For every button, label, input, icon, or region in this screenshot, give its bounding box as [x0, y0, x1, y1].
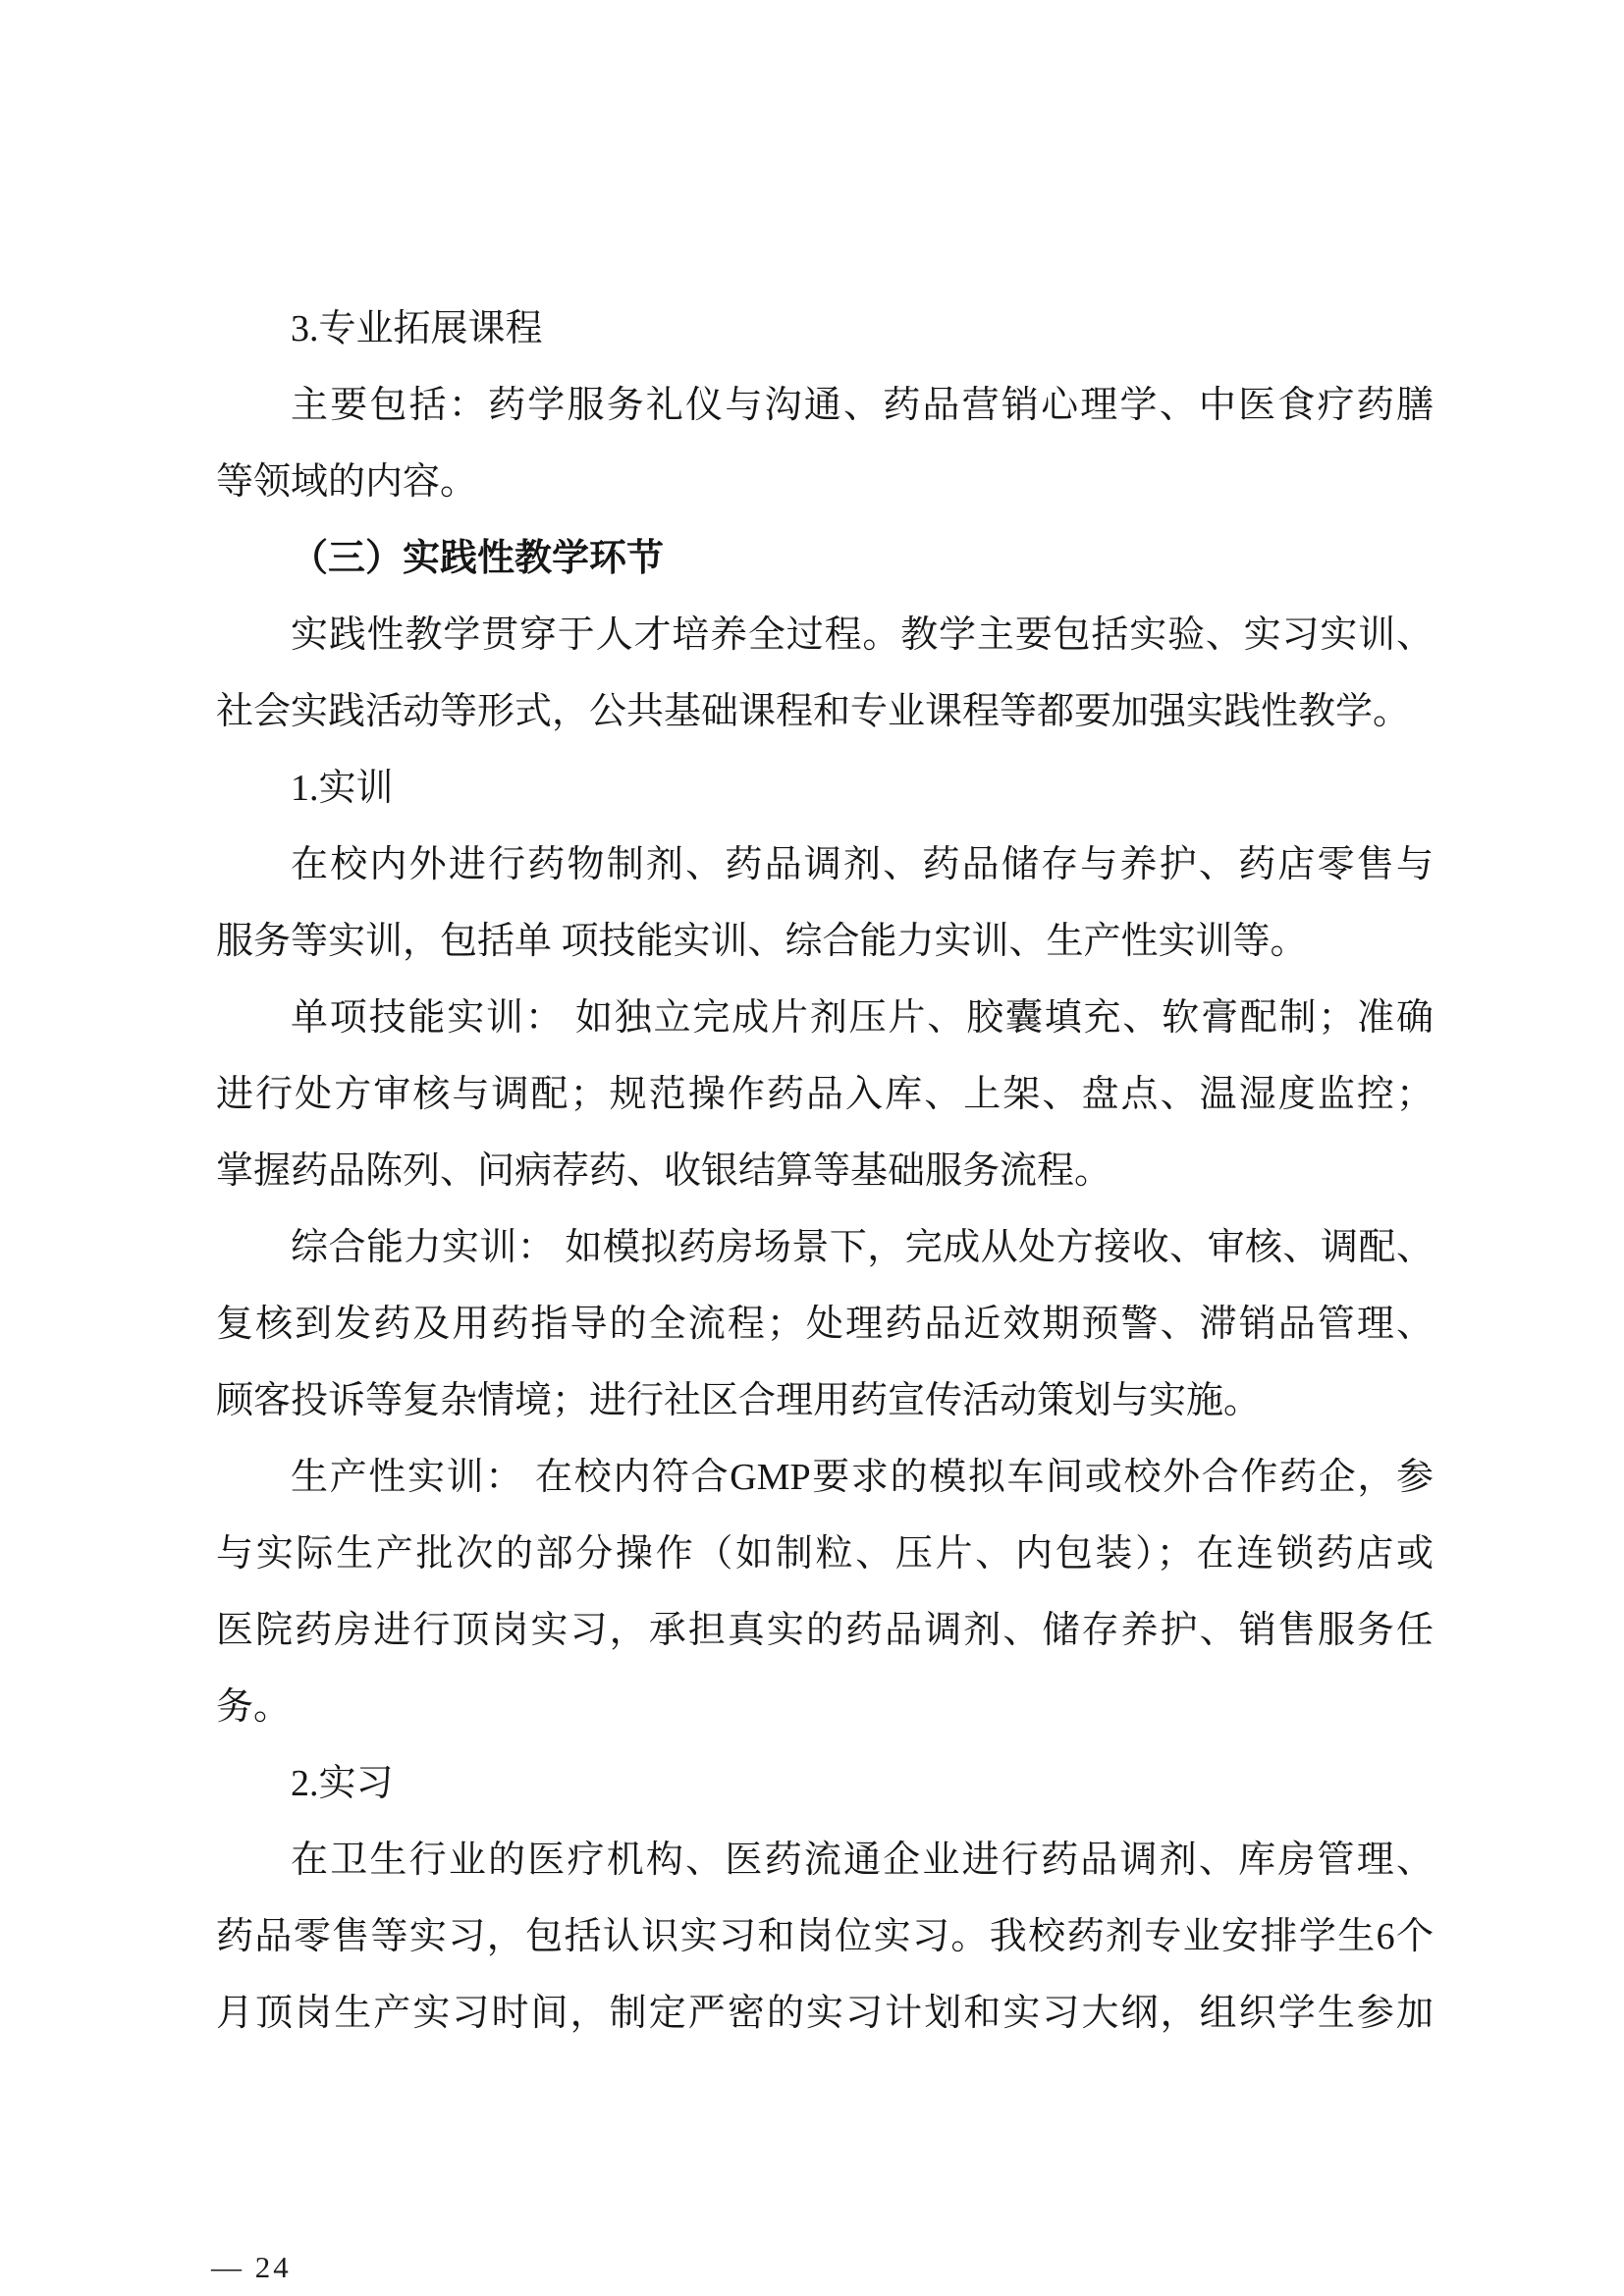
- document-page: 3.专业拓展课程 主要包括：药学服务礼仪与沟通、药品营销心理学、中医食疗药膳 等…: [0, 0, 1624, 2296]
- para-comprehensive-training-line-3: 顾客投诉等复杂情境；进行社区合理用药宣传活动策划与实施。: [216, 1362, 1434, 1439]
- para-internship-line-3: 月顶岗生产实习时间，制定严密的实习计划和实习大纲，组织学生参加: [216, 1975, 1434, 2052]
- para-internship-line-2: 药品零售等实习，包括认识实习和岗位实习。我校药剂专业安排学生6个: [216, 1898, 1434, 1975]
- page-number: — 24: [211, 2246, 292, 2289]
- subheading-2-internship: 2.实习: [216, 1745, 1434, 1822]
- para-training-overview-line-1: 在校内外进行药物制剂、药品调剂、药品储存与养护、药店零售与: [216, 827, 1434, 903]
- heading-practical-teaching-section: （三）实践性教学环节: [216, 520, 1434, 597]
- para-production-training-line-3: 医院药房进行顶岗实习，承担真实的药品调剂、储存养护、销售服务任: [216, 1592, 1434, 1669]
- para-training-overview-line-2: 服务等实训，包括单 项技能实训、综合能力实训、生产性实训等。: [216, 903, 1434, 980]
- para-comprehensive-training-line-1: 综合能力实训： 如模拟药房场景下，完成从处方接收、审核、调配、: [216, 1209, 1434, 1286]
- subheading-1-practical-training: 1.实训: [216, 750, 1434, 827]
- para-practical-teaching-line-1: 实践性教学贯穿于人才培养全过程。教学主要包括实验、实习实训、: [216, 597, 1434, 673]
- para-single-skill-training-line-2: 进行处方审核与调配；规范操作药品入库、上架、盘点、温湿度监控；: [216, 1056, 1434, 1133]
- para-practical-teaching-line-2: 社会实践活动等形式，公共基础课程和专业课程等都要加强实践性教学。: [216, 673, 1434, 750]
- para-expansion-courses-line-1: 主要包括：药学服务礼仪与沟通、药品营销心理学、中医食疗药膳: [216, 367, 1434, 444]
- para-internship-line-1: 在卫生行业的医疗机构、医药流通企业进行药品调剂、库房管理、: [216, 1822, 1434, 1898]
- subheading-3-professional-expansion-courses: 3.专业拓展课程: [216, 291, 1434, 367]
- para-comprehensive-training-line-2: 复核到发药及用药指导的全流程；处理药品近效期预警、滞销品管理、: [216, 1286, 1434, 1362]
- para-production-training-line-1: 生产性实训： 在校内符合GMP要求的模拟车间或校外合作药企，参: [216, 1439, 1434, 1516]
- text-block: 3.专业拓展课程 主要包括：药学服务礼仪与沟通、药品营销心理学、中医食疗药膳 等…: [216, 291, 1434, 2052]
- para-production-training-line-4: 务。: [216, 1669, 1434, 1745]
- para-expansion-courses-line-2: 等领域的内容。: [216, 444, 1434, 520]
- para-single-skill-training-line-3: 掌握药品陈列、问病荐药、收银结算等基础服务流程。: [216, 1133, 1434, 1209]
- para-production-training-line-2: 与实际生产批次的部分操作（如制粒、压片、内包装）；在连锁药店或: [216, 1516, 1434, 1592]
- para-single-skill-training-line-1: 单项技能实训： 如独立完成片剂压片、胶囊填充、软膏配制；准确: [216, 980, 1434, 1056]
